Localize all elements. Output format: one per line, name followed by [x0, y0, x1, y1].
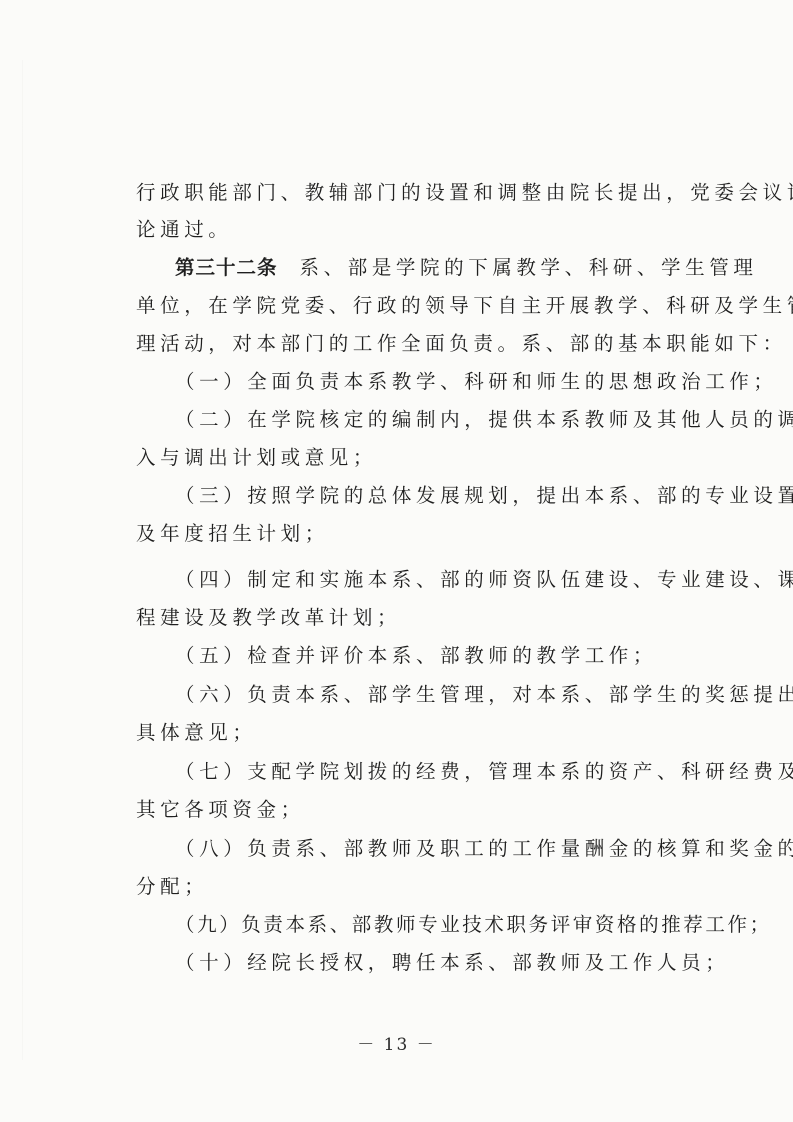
list-item: （六）负责本系、部学生管理，对本系、部学生的奖惩提出 [175, 683, 735, 707]
text-line: 分配； [136, 875, 696, 899]
text-line: 理活动，对本部门的工作全面负责。系、部的基本职能如下： [136, 332, 696, 356]
list-item: （八）负责系、部教师及职工的工作量酬金的核算和奖金的 [175, 837, 735, 861]
text-line: 其它各项资金； [136, 798, 696, 822]
page-number: － 13 － [0, 1030, 793, 1055]
list-item: （五）检查并评价本系、部教师的教学工作； [175, 644, 735, 668]
article-text: 系、部是学院的下属教学、科研、学生管理 [300, 256, 758, 279]
list-item: （四）制定和实施本系、部的师资队伍建设、专业建设、课 [175, 568, 735, 592]
text-line: 具体意见； [136, 721, 696, 745]
text-line: 程建设及教学改革计划； [136, 606, 696, 630]
article-line: 第三十二条系、部是学院的下属教学、科研、学生管理 [175, 256, 735, 280]
list-item: （二）在学院核定的编制内，提供本系教师及其他人员的调 [175, 408, 735, 432]
text-line: 入与调出计划或意见； [136, 446, 696, 470]
list-item: （七）支配学院划拨的经费，管理本系的资产、科研经费及 [175, 760, 735, 784]
list-item: （九）负责本系、部教师专业技术职务评审资格的推荐工作； [175, 913, 735, 937]
list-item: （三）按照学院的总体发展规划，提出本系、部的专业设置 [175, 484, 735, 508]
scan-edge-shadow [22, 60, 23, 1060]
document-page: 行政职能部门、教辅部门的设置和调整由院长提出，党委会议讨 论通过。 第三十二条系… [0, 0, 793, 1122]
text-line: 及年度招生计划； [136, 522, 696, 546]
text-line: 单位，在学院党委、行政的领导下自主开展教学、科研及学生管 [136, 294, 696, 318]
article-title: 第三十二条 [175, 256, 278, 279]
text-line: 行政职能部门、教辅部门的设置和调整由院长提出，党委会议讨 [136, 181, 696, 205]
list-item: （十）经院长授权，聘任本系、部教师及工作人员； [175, 951, 735, 975]
text-line: 论通过。 [136, 218, 696, 242]
list-item: （一）全面负责本系教学、科研和师生的思想政治工作； [175, 370, 735, 394]
